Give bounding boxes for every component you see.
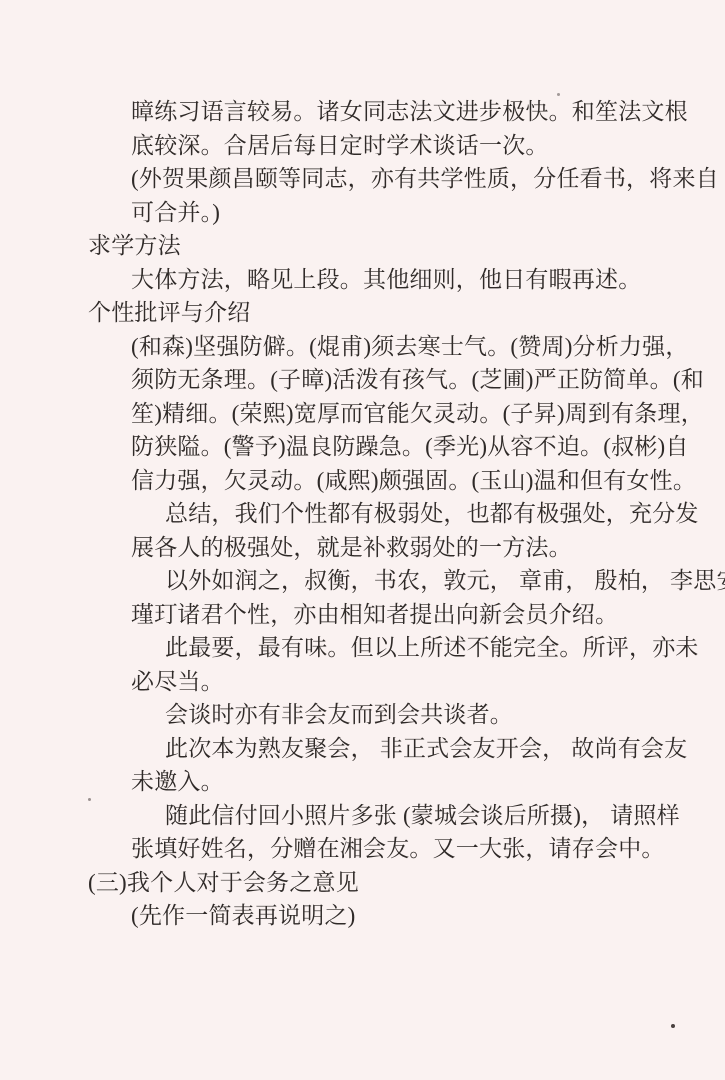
section-heading: 求学方法	[0, 229, 725, 263]
ink-speck	[671, 1024, 675, 1028]
text-line: 笙)精细。(荣熙)宽厚而官能欠灵动。(子昇)周到有条理，	[0, 397, 725, 431]
ink-speck	[88, 798, 91, 801]
text-line: 大体方法，略见上段。其他细则，他日有暇再述。	[0, 263, 725, 297]
text-line: (外贺果颜昌颐等同志，亦有共学性质，分任看书，将来自	[0, 162, 725, 196]
scanned-book-page: 暲练习语言较易。诸女同志法文进步极快。和笙法文根 底较深。合居后每日定时学术谈话…	[0, 0, 725, 1080]
text-line: (先作一简表再说明之)	[0, 899, 725, 933]
text-line: 展各人的极强处，就是补救弱处的一方法。	[0, 531, 725, 565]
text-line: 必尽当。	[0, 665, 725, 699]
text-line: 防狭隘。(警予)温良防躁急。(季光)从容不迫。(叔彬)自	[0, 430, 725, 464]
text-line: 以外如润之，叔衡，书农，敦元， 章甫， 殷柏， 李思安，	[0, 564, 725, 598]
section-heading: (三)我个人对于会务之意见	[0, 866, 725, 900]
text-line: 总结，我们个性都有极弱处，也都有极强处，充分发	[0, 497, 725, 531]
text-line: 未邀入。	[0, 765, 725, 799]
text-line: 张填好姓名，分赠在湘会友。又一大张，请存会中。	[0, 832, 725, 866]
text-line: 会谈时亦有非会友而到会共谈者。	[0, 698, 725, 732]
text-line: 随此信付回小照片多张 (蒙城会谈后所摄)， 请照样	[0, 799, 725, 833]
text-line: 此最要，最有味。但以上所述不能完全。所评，亦未	[0, 631, 725, 665]
text-line: 暲练习语言较易。诸女同志法文进步极快。和笙法文根	[0, 95, 725, 129]
text-line: 此次本为熟友聚会， 非正式会友开会， 故尚有会友	[0, 732, 725, 766]
text-line: 瑾玎诸君个性，亦由相知者提出向新会员介绍。	[0, 598, 725, 632]
text-line: (和森)坚强防僻。(焜甫)须去寒士气。(赞周)分析力强，	[0, 330, 725, 364]
text-line: 信力强，欠灵动。(咸熙)颇强固。(玉山)温和但有女性。	[0, 464, 725, 498]
text-block: 暲练习语言较易。诸女同志法文进步极快。和笙法文根 底较深。合居后每日定时学术谈话…	[0, 95, 725, 933]
section-heading: 个性批评与介绍	[0, 296, 725, 330]
ink-speck	[557, 93, 560, 96]
text-line: 底较深。合居后每日定时学术谈话一次。	[0, 129, 725, 163]
text-line: 须防无条理。(子暲)活泼有孩气。(芝圃)严正防简单。(和	[0, 363, 725, 397]
text-line: 可合并。)	[0, 196, 725, 230]
